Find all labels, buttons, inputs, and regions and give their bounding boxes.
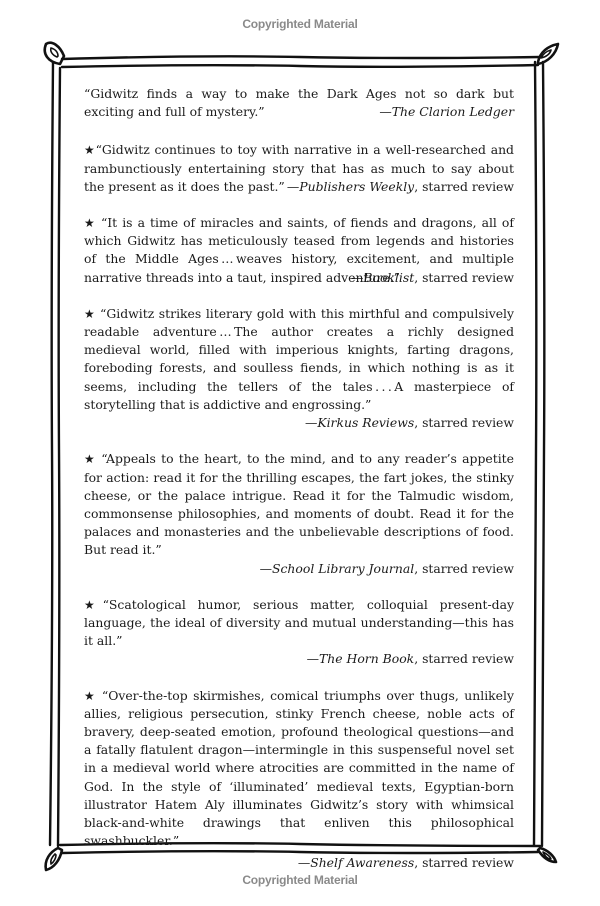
star-icon: ★ [84,598,103,612]
copyright-watermark-bottom: Copyrighted Material [0,873,600,887]
review-quote: “Scatological humor, serious matter, col… [84,597,514,648]
review-source: Booklist [363,270,414,285]
review-attribution: —School Library Journal, starred review [84,560,514,578]
corner-leaf-top-left [45,43,64,64]
review-attribution: —Kirkus Reviews, starred review [84,414,514,432]
review-school-library-journal: ★ “Appeals to the heart, to the mind, an… [84,450,514,577]
corner-leaf-bottom-left [46,848,62,870]
reviews-list: “Gidwitz finds a way to make the Dark Ag… [84,85,514,873]
review-quote: “Appeals to the heart, to the mind, and … [84,451,514,557]
review-source: Shelf Awareness [310,855,414,870]
star-icon: ★ [84,143,96,157]
review-attribution: —The Horn Book, starred review [84,650,514,668]
star-icon: ★ [84,452,96,466]
review-clarion-ledger: “Gidwitz finds a way to make the Dark Ag… [84,85,514,121]
review-quote: “Gidwitz strikes literary gold with this… [84,306,514,412]
star-icon: ★ [84,689,96,703]
corner-leaf-bottom-right [538,848,556,862]
review-kirkus: ★ “Gidwitz strikes literary gold with th… [84,305,514,432]
corner-leaf-top-right [538,44,558,64]
review-quote: “Over-the-top skirmishes, comical triump… [84,688,514,849]
review-booklist: ★ “It is a time of miracles and saints, … [84,214,514,287]
star-icon: ★ [84,216,96,230]
review-source: School Library Journal [272,561,414,576]
review-publishers-weekly: ★“Gidwitz continues to toy with narrativ… [84,141,514,196]
review-source: The Clarion Ledger [392,104,514,119]
review-shelf-awareness: ★ “Over-the-top skirmishes, comical triu… [84,687,514,873]
review-source: Publishers Weekly [299,179,414,194]
review-source: Kirkus Reviews [317,415,414,430]
review-attribution: —Shelf Awareness, starred review [84,854,514,872]
review-horn-book: ★“Scatological humor, serious matter, co… [84,596,514,669]
review-source: The Horn Book [319,651,414,666]
star-icon: ★ [84,307,95,321]
